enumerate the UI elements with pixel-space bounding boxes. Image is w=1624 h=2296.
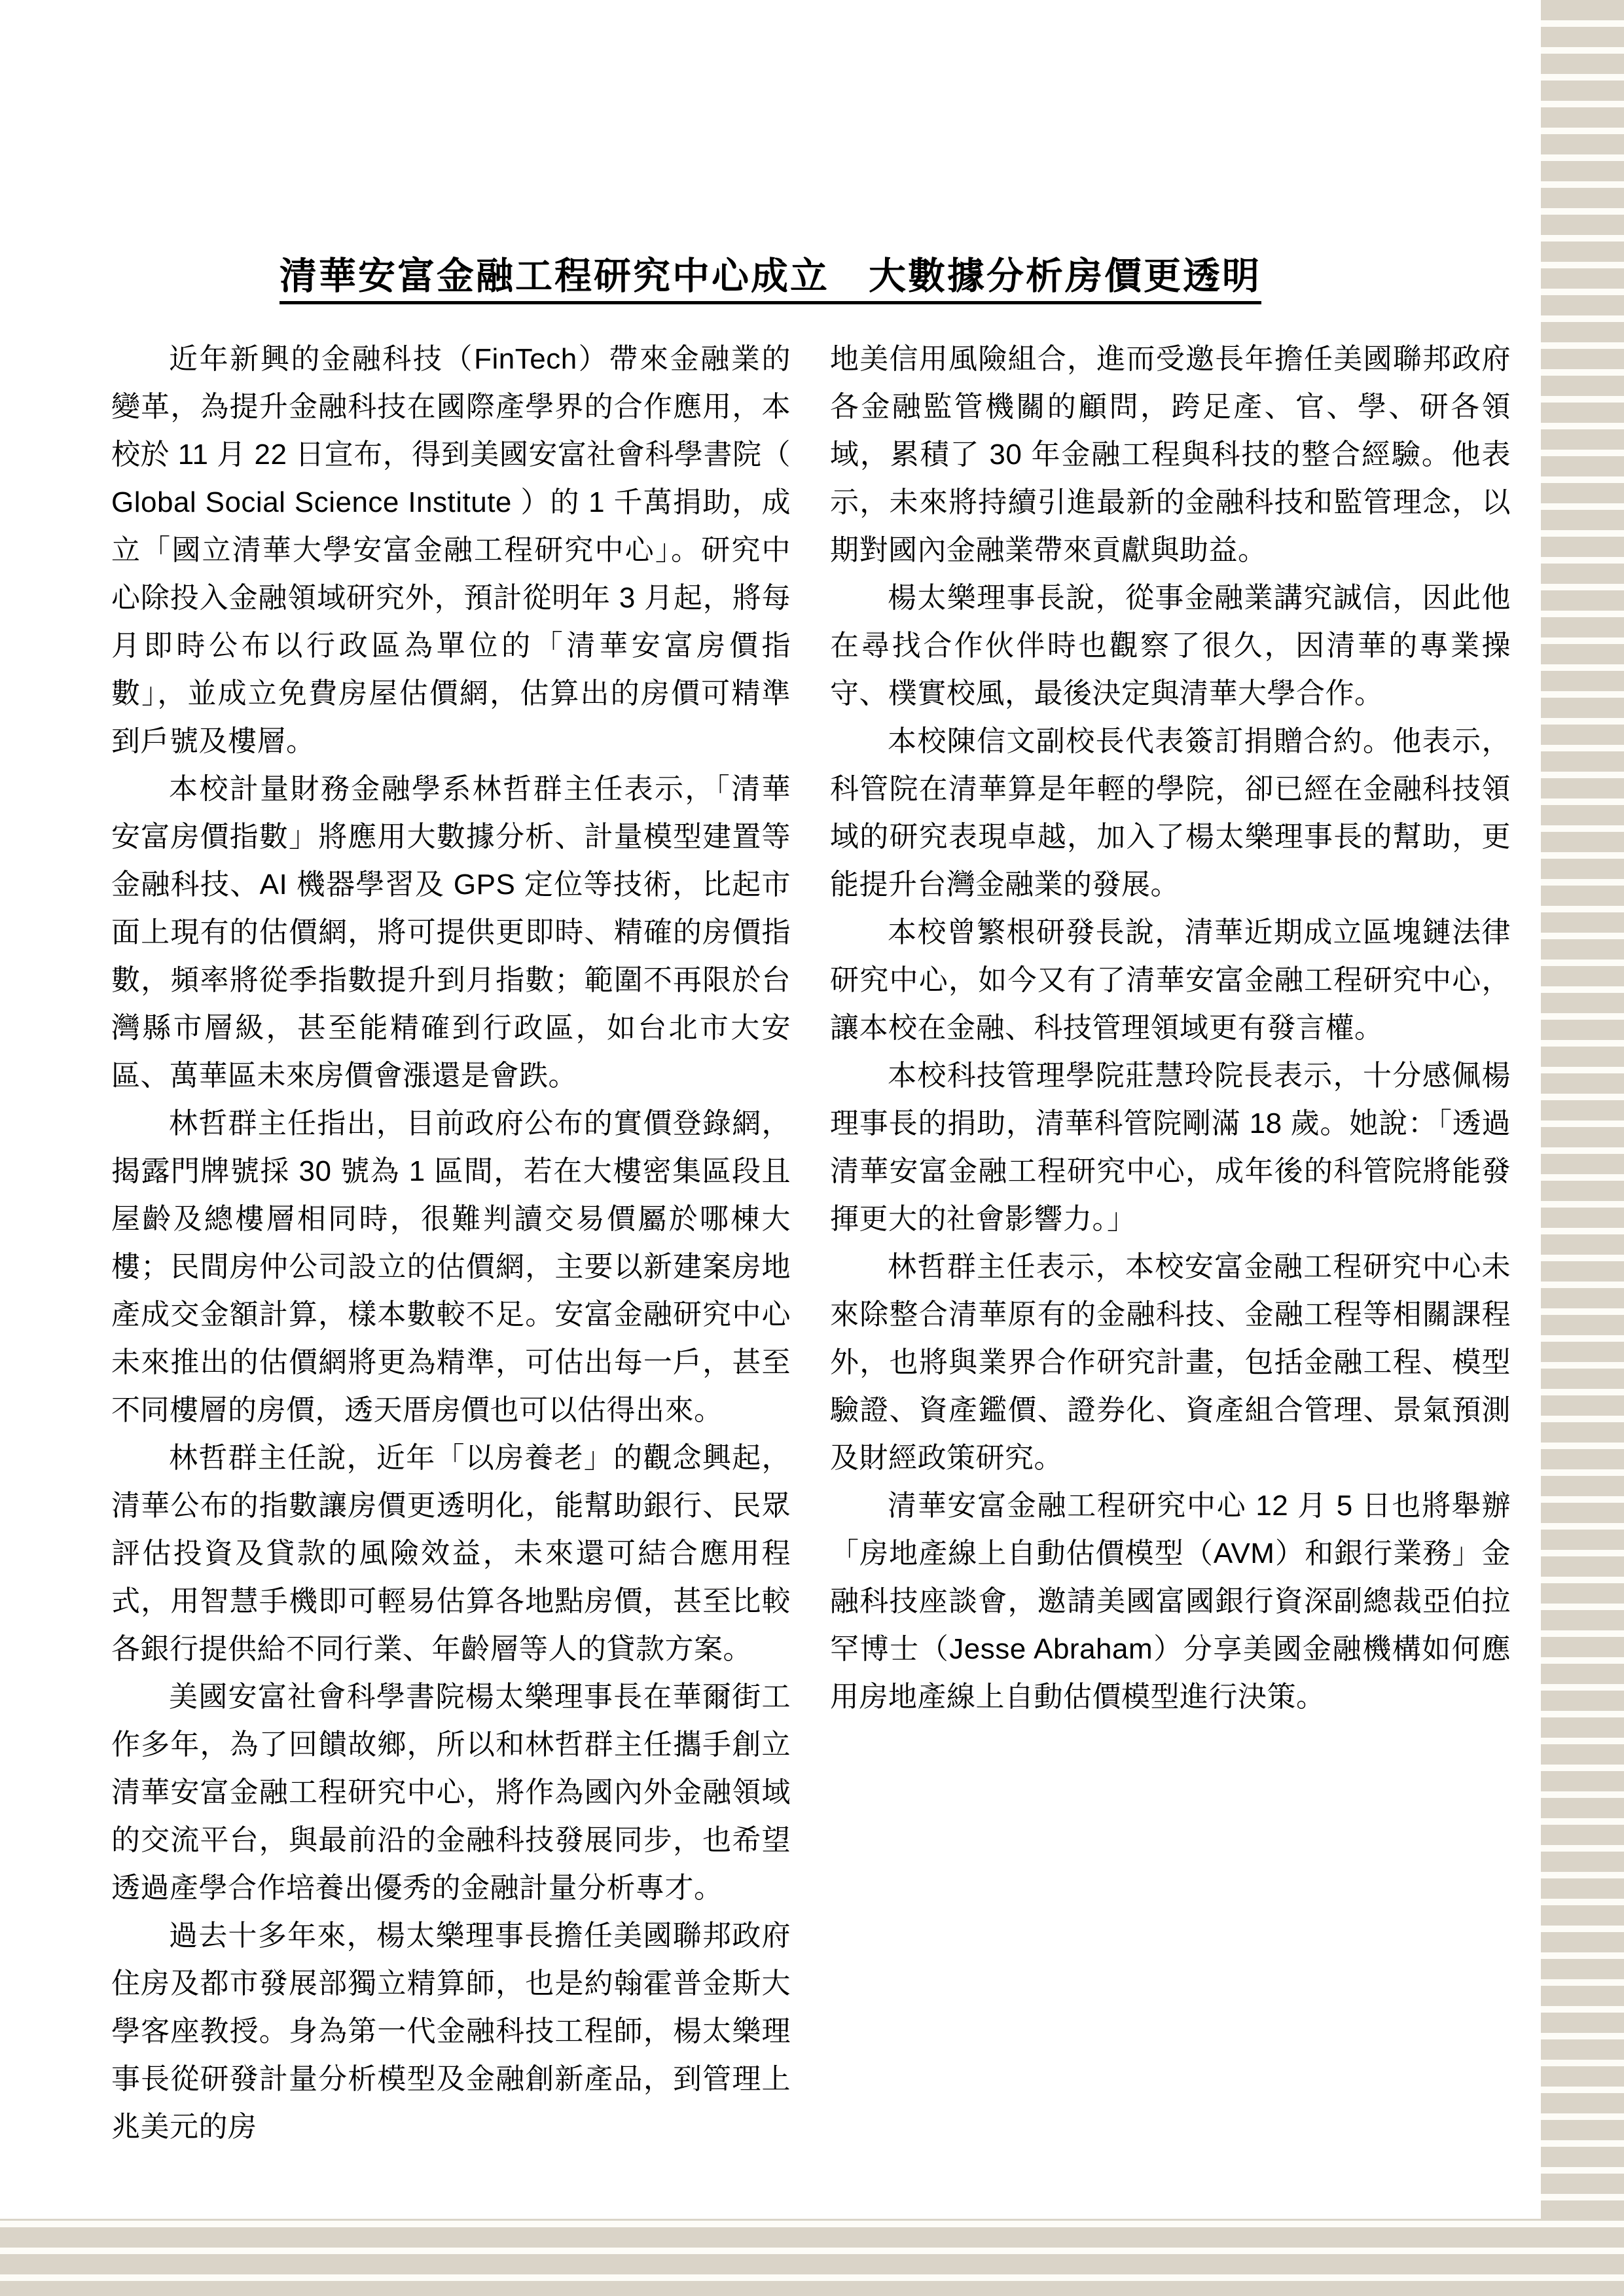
paragraph: 過去十多年來，楊太樂理事長擔任美國聯邦政府住房及都市發展部獨立精算師，也是約翰霍… bbox=[111, 1912, 791, 2151]
paragraph: 本校陳信文副校長代表簽訂捐贈合約。他表示，科管院在清華算是年輕的學院，卻已經在金… bbox=[830, 717, 1511, 908]
paragraph: 本校曾繁根研發長說，清華近期成立區塊鏈法律研究中心，如今又有了清華安富金融工程研… bbox=[830, 908, 1511, 1052]
paragraph: 本校科技管理學院莊慧玲院長表示，十分感佩楊理事長的捐助，清華科管院剛滿 18 歲… bbox=[830, 1052, 1511, 1243]
paragraph: 本校計量財務金融學系林哲群主任表示，「清華安富房價指數」將應用大數據分析、計量模… bbox=[111, 765, 791, 1100]
paragraph: 林哲群主任說，近年「以房養老」的觀念興起，清華公布的指數讓房價更透明化，能幫助銀… bbox=[111, 1434, 791, 1673]
paragraph: 美國安富社會科學書院楊太樂理事長在華爾街工作多年，為了回饋故鄉，所以和林哲群主任… bbox=[111, 1673, 791, 1912]
article-column-left: 近年新興的金融科技（FinTech）帶來金融業的變革，為提升金融科技在國際產學界… bbox=[111, 335, 791, 2151]
paragraph: 清華安富金融工程研究中心 12 月 5 日也將舉辦「房地產線上自動估價模型（AV… bbox=[830, 1482, 1511, 1721]
page-title: 清華安富金融工程研究中心成立 大數據分析房價更透明 bbox=[0, 253, 1541, 304]
paragraph: 林哲群主任表示，本校安富金融工程研究中心未來除整合清華原有的金融科技、金融工程等… bbox=[830, 1243, 1511, 1482]
paragraph-continuation: 地美信用風險組合，進而受邀長年擔任美國聯邦政府各金融監管機關的顧問，跨足產、官、… bbox=[830, 335, 1511, 574]
paragraph: 林哲群主任指出，目前政府公布的實價登錄網，揭露門牌號採 30 號為 1 區間，若… bbox=[111, 1100, 791, 1434]
paper-sheet: 清華安富金融工程研究中心成立 大數據分析房價更透明 近年新興的金融科技（FinT… bbox=[0, 0, 1541, 2219]
paragraph: 近年新興的金融科技（FinTech）帶來金融業的變革，為提升金融科技在國際產學界… bbox=[111, 335, 791, 765]
article-column-right: 地美信用風險組合，進而受邀長年擔任美國聯邦政府各金融監管機關的顧問，跨足產、官、… bbox=[830, 335, 1511, 1721]
page-title-text: 清華安富金融工程研究中心成立 大數據分析房價更透明 bbox=[280, 253, 1261, 304]
paragraph: 楊太樂理事長說，從事金融業講究誠信，因此他在尋找合作伙伴時也觀察了很久，因清華的… bbox=[830, 574, 1511, 717]
